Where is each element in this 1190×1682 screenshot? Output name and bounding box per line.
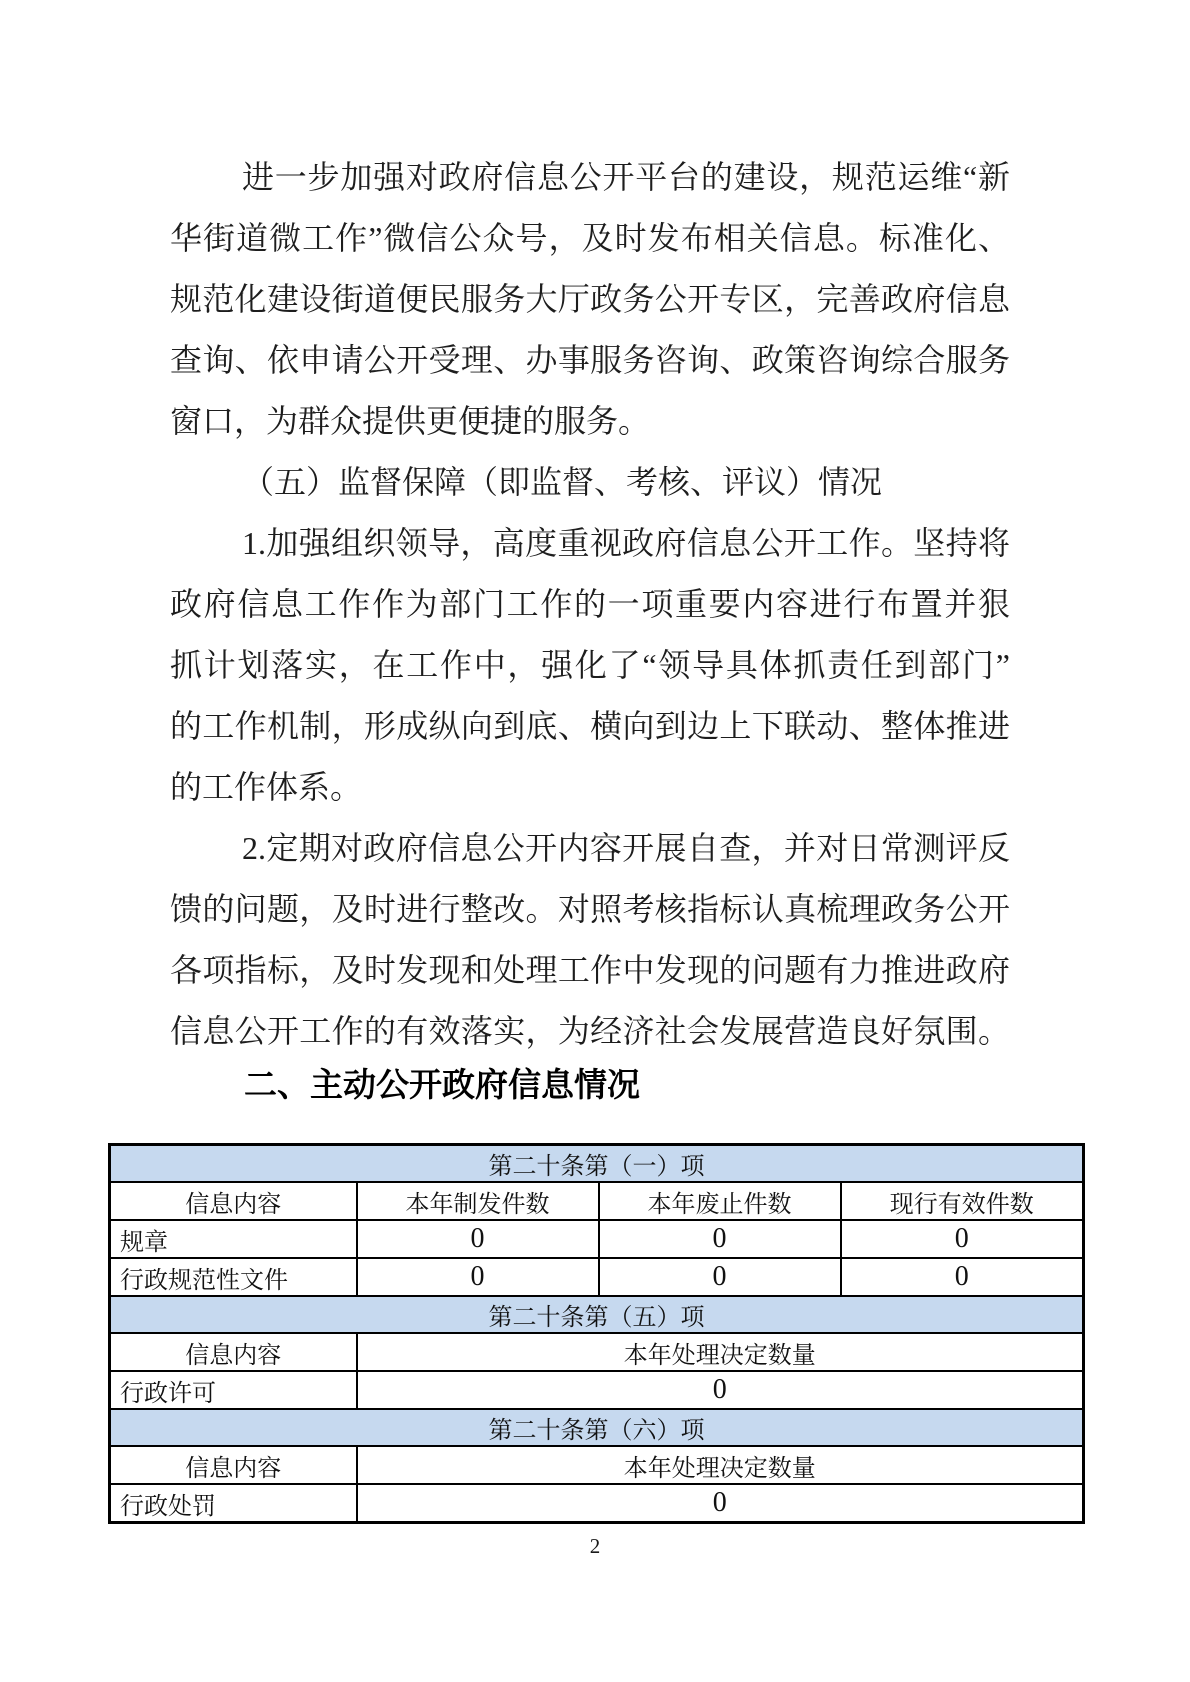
cell-value: 0 xyxy=(357,1220,599,1258)
row-label: 行政处罚 xyxy=(110,1484,357,1523)
text-line: 各项指标，及时发现和处理工作中发现的问题有力推进政府 xyxy=(170,940,1010,1001)
cell-value: 0 xyxy=(841,1220,1084,1258)
table-column-header-row: 信息内容 本年处理决定数量 xyxy=(110,1333,1084,1371)
table-row: 行政处罚 0 xyxy=(110,1484,1084,1523)
table-column-header: 本年制发件数 xyxy=(357,1182,599,1220)
text-line: 抓计划落实，在工作中，强化了“领导具体抓责任到部门” xyxy=(170,635,1010,696)
cell-value: 0 xyxy=(357,1371,1084,1409)
section-heading: 二、主动公开政府信息情况 xyxy=(170,1063,1010,1107)
text-line: 2.定期对政府信息公开内容开展自查，并对日常测评反 xyxy=(170,818,1010,879)
cell-value: 0 xyxy=(841,1258,1084,1296)
table-row: 规章 0 0 0 xyxy=(110,1220,1084,1258)
cell-value: 0 xyxy=(599,1258,841,1296)
table-section-header: 第二十条第（一）项 xyxy=(110,1145,1084,1183)
table-column-header: 信息内容 xyxy=(110,1446,357,1484)
paragraph: 1.加强组织领导，高度重视政府信息公开工作。坚持将 政府信息工作作为部门工作的一… xyxy=(170,513,1010,818)
text-line: 查询、依申请公开受理、办事服务咨询、政策咨询综合服务 xyxy=(170,330,1010,391)
table-section-header-row: 第二十条第（一）项 xyxy=(110,1145,1084,1183)
row-label: 行政规范性文件 xyxy=(110,1258,357,1296)
table-row: 行政许可 0 xyxy=(110,1371,1084,1409)
table-section-header: 第二十条第（五）项 xyxy=(110,1296,1084,1333)
table-column-header: 现行有效件数 xyxy=(841,1182,1084,1220)
row-label: 行政许可 xyxy=(110,1371,357,1409)
text-line: 馈的问题，及时进行整改。对照考核指标认真梳理政务公开 xyxy=(170,879,1010,940)
table-column-header: 信息内容 xyxy=(110,1182,357,1220)
text-line: 华街道微工作”微信公众号，及时发布相关信息。标准化、 xyxy=(170,208,1010,269)
text-line: 的工作体系。 xyxy=(170,757,1010,818)
paragraph: （五）监督保障（即监督、考核、评议）情况 xyxy=(170,452,1010,513)
text-line: 信息公开工作的有效落实，为经济社会发展营造良好氛围。 xyxy=(170,1001,1010,1062)
text-line: （五）监督保障（即监督、考核、评议）情况 xyxy=(170,452,1010,513)
row-label: 规章 xyxy=(110,1220,357,1258)
table-column-header-row: 信息内容 本年处理决定数量 xyxy=(110,1446,1084,1484)
cell-value: 0 xyxy=(357,1484,1084,1523)
cell-value: 0 xyxy=(357,1258,599,1296)
table-column-header-row: 信息内容 本年制发件数 本年废止件数 现行有效件数 xyxy=(110,1182,1084,1220)
text-line: 进一步加强对政府信息公开平台的建设，规范运维“新 xyxy=(170,147,1010,208)
paragraph: 进一步加强对政府信息公开平台的建设，规范运维“新 华街道微工作”微信公众号，及时… xyxy=(170,147,1010,452)
text-line: 规范化建设街道便民服务大厅政务公开专区，完善政府信息 xyxy=(170,269,1010,330)
table-row: 行政规范性文件 0 0 0 xyxy=(110,1258,1084,1296)
table-section-header: 第二十条第（六）项 xyxy=(110,1409,1084,1446)
cell-value: 0 xyxy=(599,1220,841,1258)
table-column-header: 本年处理决定数量 xyxy=(357,1446,1084,1484)
disclosure-table: 第二十条第（一）项 信息内容 本年制发件数 本年废止件数 现行有效件数 规章 0… xyxy=(108,1143,1085,1524)
table-column-header: 本年废止件数 xyxy=(599,1182,841,1220)
text-line: 政府信息工作作为部门工作的一项重要内容进行布置并狠 xyxy=(170,574,1010,635)
text-line: 窗口，为群众提供更便捷的服务。 xyxy=(170,391,1010,452)
table-column-header: 本年处理决定数量 xyxy=(357,1333,1084,1371)
page-number: 2 xyxy=(0,1534,1190,1559)
table-section-header-row: 第二十条第（五）项 xyxy=(110,1296,1084,1333)
text-line: 的工作机制，形成纵向到底、横向到边上下联动、整体推进 xyxy=(170,696,1010,757)
paragraph: 2.定期对政府信息公开内容开展自查，并对日常测评反 馈的问题，及时进行整改。对照… xyxy=(170,818,1010,1062)
table-column-header: 信息内容 xyxy=(110,1333,357,1371)
table-section-header-row: 第二十条第（六）项 xyxy=(110,1409,1084,1446)
document-body: 进一步加强对政府信息公开平台的建设，规范运维“新 华街道微工作”微信公众号，及时… xyxy=(170,147,1010,1107)
text-line: 1.加强组织领导，高度重视政府信息公开工作。坚持将 xyxy=(170,513,1010,574)
